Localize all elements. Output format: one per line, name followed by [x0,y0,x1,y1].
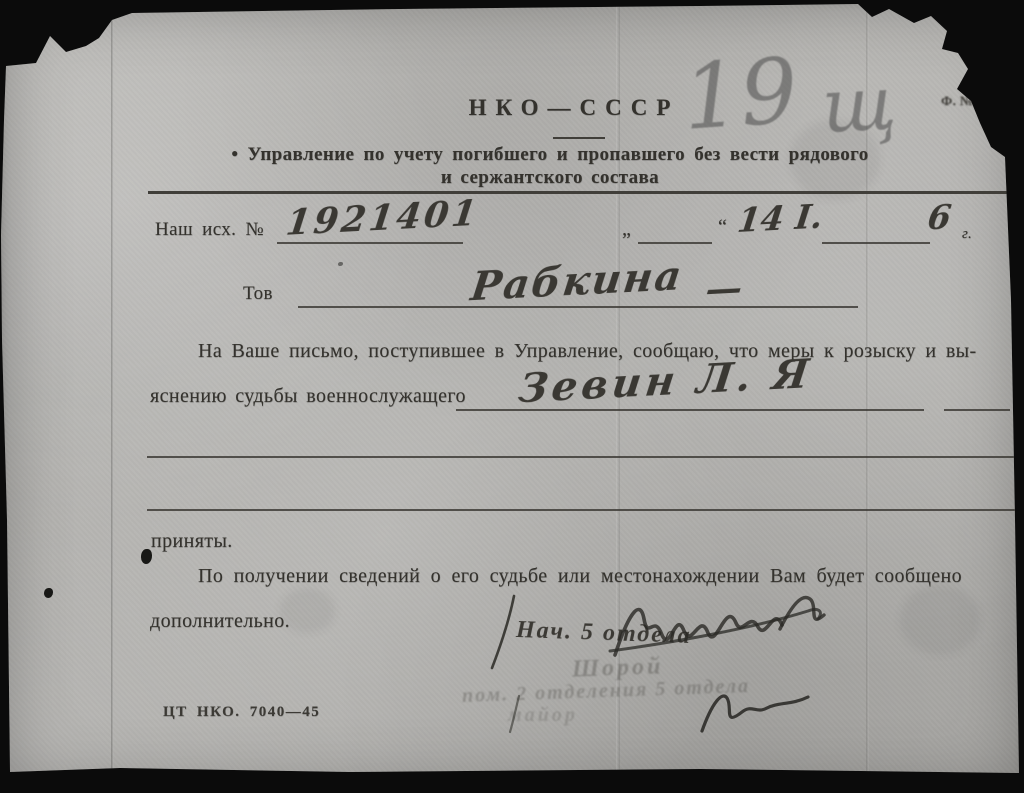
body-paragraph1-line2: яснению судьбы военнослужащего [150,385,466,408]
org-title: НКО—СССР [424,95,724,121]
date-day-month-handwritten: 14 I. [735,197,825,240]
document-paper: 19 щ Ф. № 18 НКО—СССР • Управление по уч… [0,0,1024,793]
scanned-document-page: 19 щ Ф. № 18 НКО—СССР • Управление по уч… [0,0,1024,793]
body-paragraph2-line2: дополнительно. [150,610,290,633]
fold-crease-left [111,15,114,770]
date-underline-1 [638,242,712,244]
reference-number-handwritten: 1921401 [284,193,482,244]
addressee-dash-handwritten: — [703,267,744,311]
form-code: Ф. № 18 [941,93,991,109]
pencil-annotation-letter: щ [820,60,898,150]
department-line2: и сержантского состава [150,167,950,189]
header-rule [148,191,1012,194]
date-close-quote: “ [718,216,727,239]
blank-line-1 [147,456,1015,458]
addressee-name-handwritten: Рабкина [468,253,686,311]
department-line1: • Управление по учету погибшего и пропав… [150,144,950,166]
print-code: ЦТ НКО. 7040—45 [163,704,320,721]
ink-spot [44,588,53,598]
second-slash-stroke [505,692,525,737]
blank-line-2 [147,509,1017,511]
date-open-quote: „ [622,218,631,241]
serviceman-underline-2 [944,409,1010,411]
body-paragraph1-line1: На Ваше письмо, поступившее в Управление… [198,340,977,363]
org-underline [553,137,605,139]
ink-spot [338,262,343,266]
second-signature [690,685,820,740]
date-year-suffix: г. [962,226,972,243]
addressee-label: Тов [243,283,273,305]
addressee-underline [298,306,858,308]
date-year-handwritten: 6 [925,197,953,237]
reference-label: Наш исх. № [155,219,264,241]
stamp-smudge [900,585,980,655]
date-underline-2 [822,242,930,244]
body-paragraph1-end: приняты. [151,530,233,553]
